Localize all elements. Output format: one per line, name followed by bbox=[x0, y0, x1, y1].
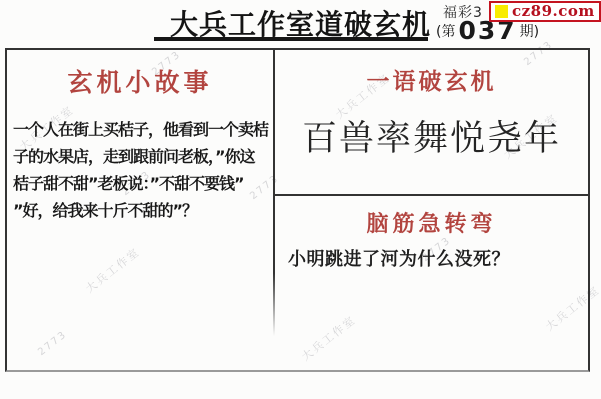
title-underline bbox=[154, 37, 428, 41]
issue-prefix: (第 bbox=[436, 21, 455, 41]
site-badge[interactable]: cz89.com bbox=[489, 1, 601, 22]
page-header: 大兵工作室道破玄机 福彩3 (第 037 期) cz89.com bbox=[0, 0, 601, 399]
site-url: cz89.com bbox=[512, 4, 595, 19]
yellow-square-icon bbox=[495, 5, 508, 18]
issue-suffix: 期) bbox=[520, 21, 539, 41]
